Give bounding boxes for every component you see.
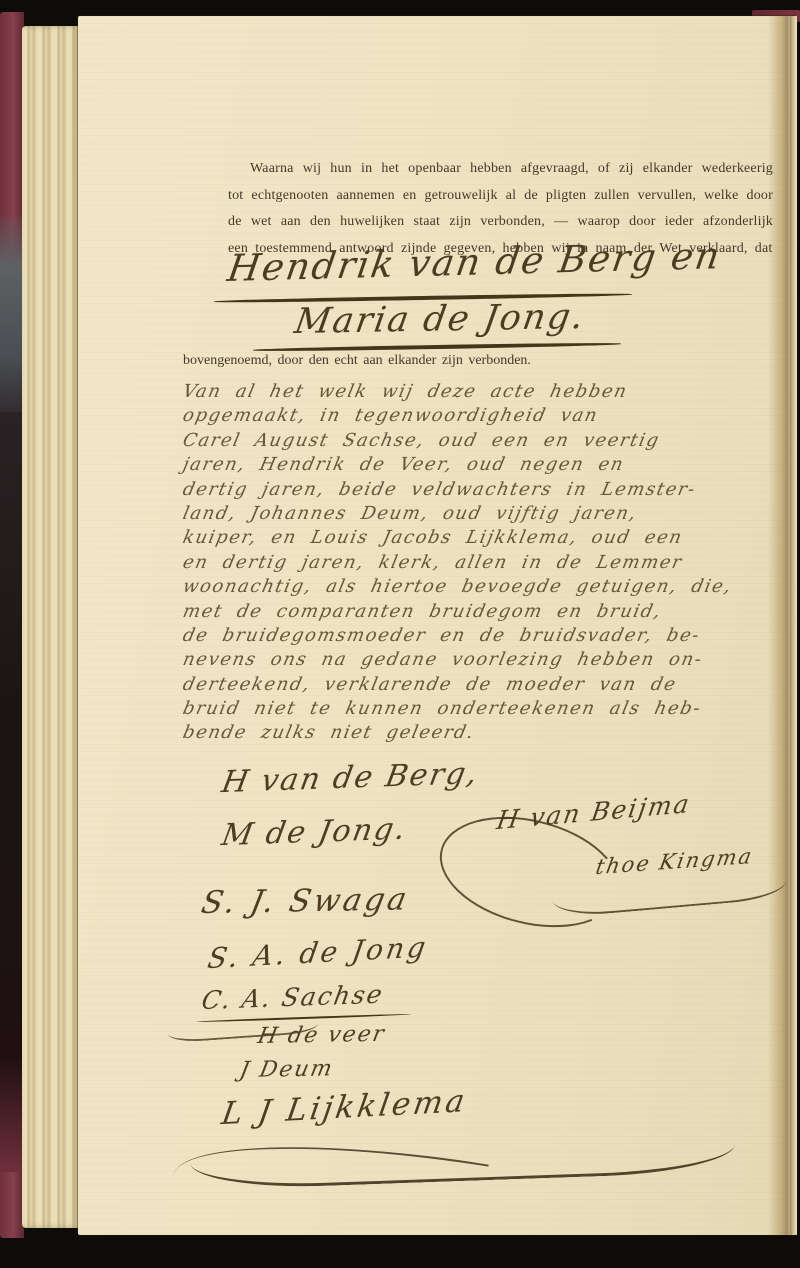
handwritten-line: woonachtig, als hiertoe bevoegde getuige… — [180, 575, 780, 599]
handwritten-line: de bruidegomsmoeder en de bruidsvader, b… — [180, 624, 780, 648]
handwritten-line: en dertig jaren, klerk, allen in de Lemm… — [180, 551, 780, 575]
signature-bride: M de Jong. — [219, 811, 410, 853]
handwritten-line: bende zulks niet geleerd. — [180, 721, 780, 745]
signature-witness-deveer: H de veer — [256, 1022, 388, 1049]
scanned-book-photo: Waarna wij hun in het openbaar hebben af… — [0, 0, 800, 1268]
signature-witness-deum: J Deum — [238, 1056, 336, 1083]
handwritten-line: kuiper, en Louis Jacobs Lijkklema, oud e… — [180, 526, 780, 550]
handwritten-line: nevens ons na gedane voorlezing hebben o… — [180, 648, 780, 672]
handwritten-line: derteekend, verklarende de moeder van de — [180, 673, 780, 697]
page-stack-edges — [22, 26, 80, 1228]
handwritten-line: met de comparanten bruidegom en bruid, — [180, 600, 780, 624]
handwritten-line: dertig jaren, beide veldwachters in Lems… — [180, 478, 780, 502]
signature-witness-swaga: S. J. Swaga — [198, 881, 412, 921]
handwritten-paragraph: Van al het welk wij deze acte hebben opg… — [183, 380, 778, 746]
handwritten-line: bruid niet te kunnen onderteekenen als h… — [180, 697, 780, 721]
handwritten-line: Van al het welk wij deze acte hebben — [180, 380, 780, 404]
handwritten-line: jaren, Hendrik de Veer, oud negen en — [180, 453, 780, 477]
cover-shadow — [0, 412, 22, 1172]
book-cover-edge — [0, 12, 24, 1238]
handwritten-line: Carel August Sachse, oud een en veertig — [180, 429, 780, 453]
bride-name-script: Maria de Jong. — [292, 297, 588, 342]
printed-closing-line: bovengenoemd, door den echt aan elkander… — [183, 353, 531, 369]
handwritten-line: land, Johannes Deum, oud vijftig jaren, — [180, 502, 780, 526]
handwritten-line: opgemaakt, in tegenwoordigheid van — [180, 404, 780, 428]
page-right-edge — [790, 16, 797, 1235]
cover-wear-patch — [0, 217, 22, 417]
